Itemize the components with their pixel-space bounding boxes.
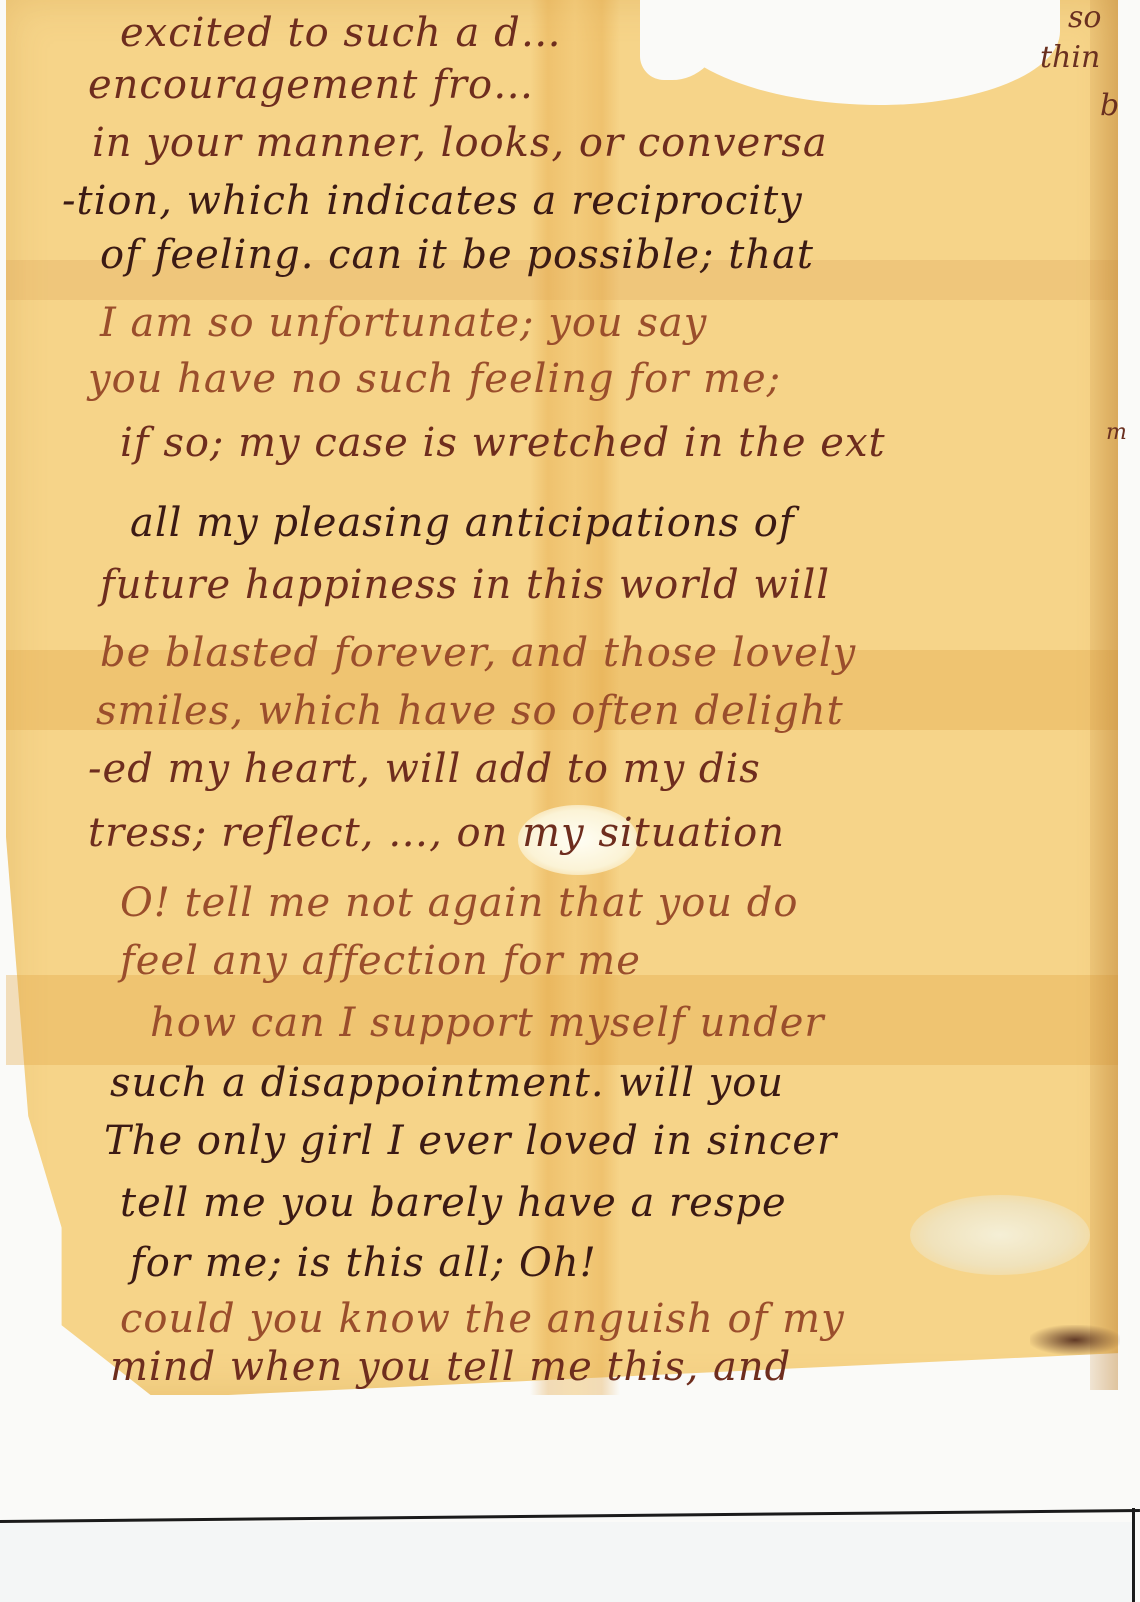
text-line: such a disappointment. will you xyxy=(110,1060,784,1106)
margin-fragment: so xyxy=(1068,0,1101,35)
text-line: how can I support myself under xyxy=(150,1000,825,1046)
text-line: O! tell me not again that you do xyxy=(120,880,798,926)
text-line: all my pleasing anticipations of xyxy=(130,500,795,546)
text-line: excited to such a d… xyxy=(120,10,562,56)
text-line: encouragement fro… xyxy=(88,62,534,108)
text-line: be blasted forever, and those lovely xyxy=(100,630,856,676)
text-line: -tion, which indicates a reciprocity xyxy=(62,178,803,224)
margin-fragment: m xyxy=(1106,420,1127,445)
text-line: future happiness in this world will xyxy=(100,562,830,608)
text-line: in your manner, looks, or conversa xyxy=(92,120,828,166)
text-line: you have no such feeling for me; xyxy=(88,356,781,402)
margin-fragment: b xyxy=(1100,88,1119,123)
text-line: of feeling. can it be possible; that xyxy=(100,232,814,278)
handwritten-text: excited to such a d… encouragement fro… … xyxy=(0,0,1140,1400)
text-line: mind when you tell me this, and xyxy=(110,1344,791,1390)
text-line: could you know the anguish of my xyxy=(120,1296,845,1342)
sheet-edge-right xyxy=(1132,1508,1135,1602)
text-line: if so; my case is wretched in the ext xyxy=(120,420,886,466)
text-line: for me; is this all; Oh! xyxy=(130,1240,597,1286)
text-line: I am so unfortunate; you say xyxy=(100,300,707,346)
text-line: tress; reflect, …, on my situation xyxy=(88,810,785,856)
lower-sheet xyxy=(0,1522,1132,1602)
text-line: feel any affection for me xyxy=(120,938,641,984)
text-line: The only girl I ever loved in sincer xyxy=(104,1118,837,1164)
text-line: smiles, which have so often delight xyxy=(96,688,844,734)
text-line: tell me you barely have a respe xyxy=(120,1180,787,1226)
text-line: -ed my heart, will add to my dis xyxy=(88,746,761,792)
margin-fragment: thin xyxy=(1040,40,1100,75)
